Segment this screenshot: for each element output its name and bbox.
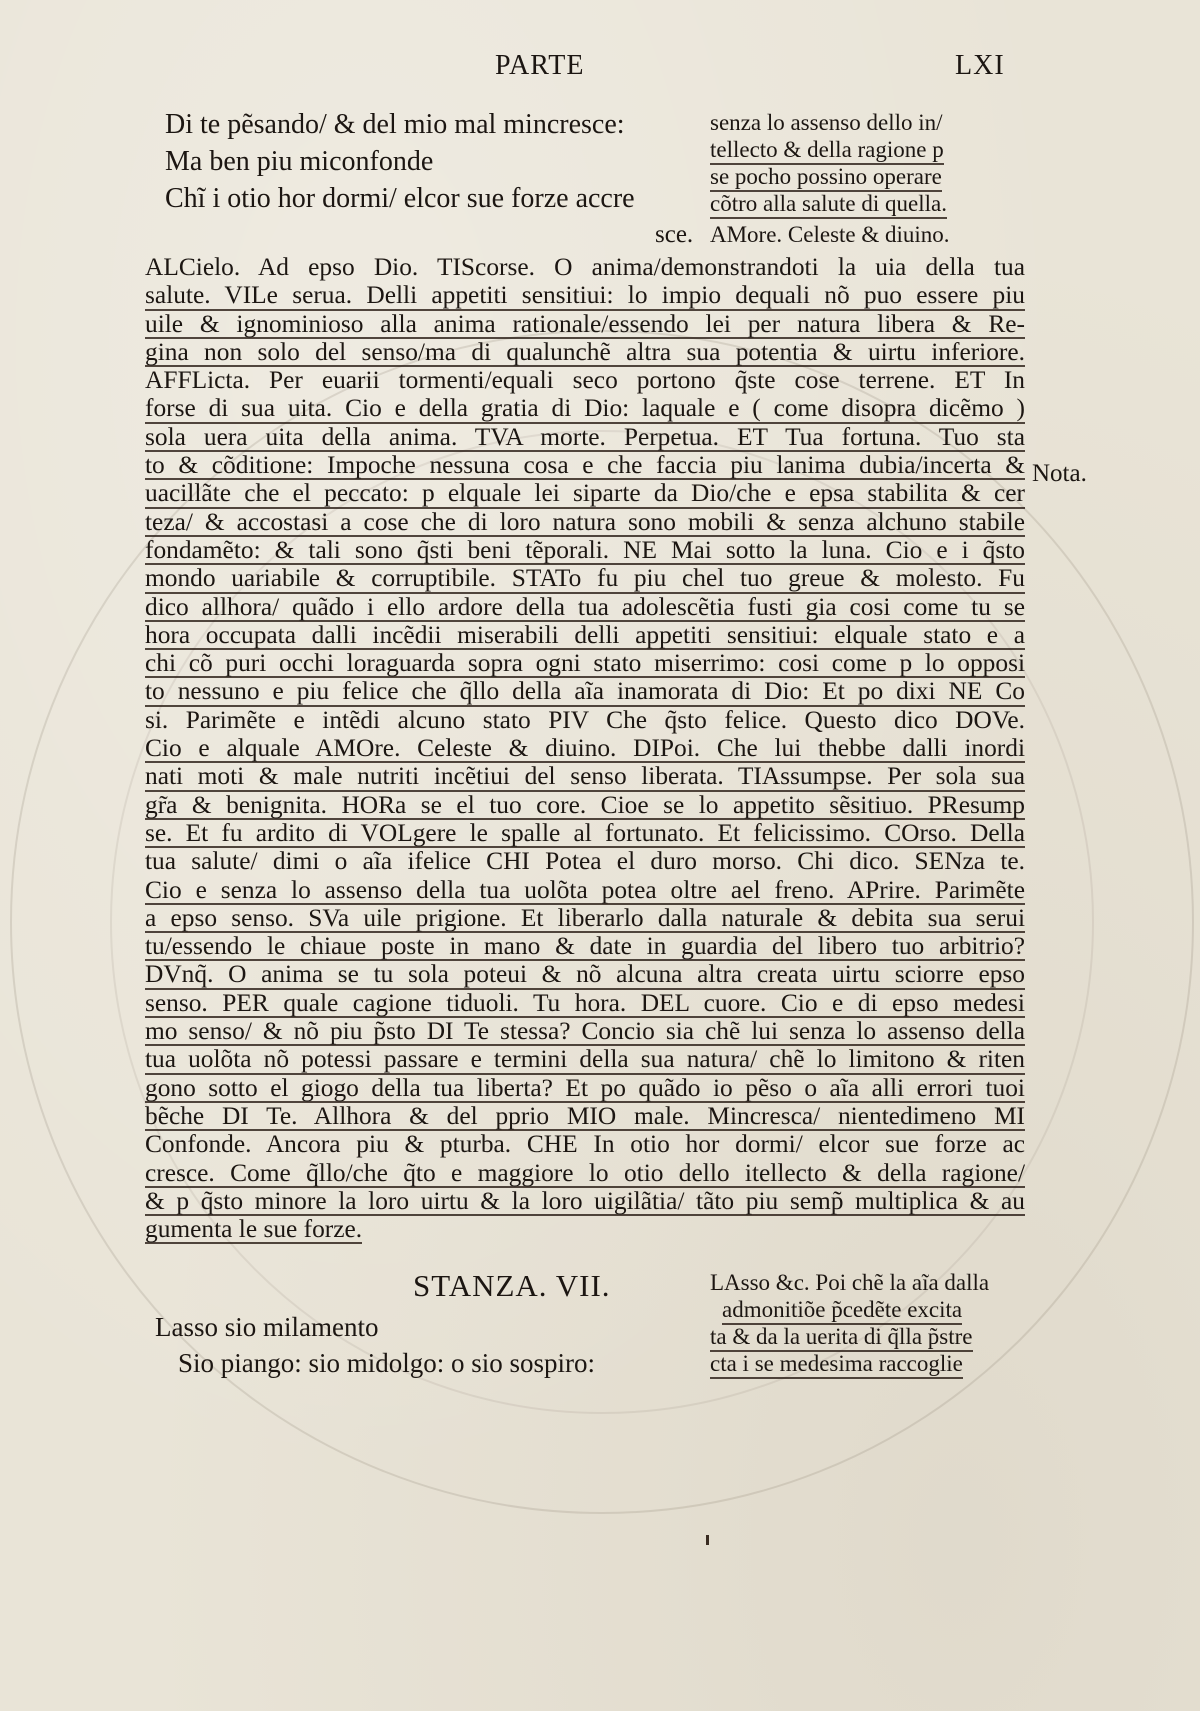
stanza-commentary-line: ta & da la uerita di q̃lla p̃stre <box>710 1324 973 1352</box>
commentary-line: a epso senso. SVa uile prigione. Et libe… <box>145 905 1025 933</box>
commentary-line: gr̃a & benignita. HORa se el tuo core. C… <box>145 792 1025 820</box>
commentary-line: tua uolõta nõ potessi passare e termini … <box>145 1046 1025 1074</box>
marginal-note: Nota. <box>1032 460 1087 488</box>
commentary-line: sola uera uita della anima. TVA morte. P… <box>145 424 1025 452</box>
commentary-line: forse di sua uita. Cio e della gratia di… <box>145 395 1025 423</box>
commentary-line: fondamẽto: & tali sono q̃sti beni tẽpora… <box>145 537 1025 565</box>
verse-line: Chĩ i otio hor dormi/ elcor sue forze ac… <box>165 182 635 216</box>
stanza-commentary-line: admonitiõe p̃cedẽte excita <box>722 1297 962 1325</box>
folio-number: LXI <box>955 50 1005 82</box>
commentary-line: chi cõ puri occhi loraguarda sopra ogni … <box>145 650 1025 678</box>
verse-line: Ma ben piu miconfonde <box>165 145 433 179</box>
commentary-line: se. Et fu ardito di VOLgere le spalle al… <box>145 820 1025 848</box>
commentary-line: se pocho possino operare <box>710 164 942 192</box>
commentary-line: to & cõditione: Impoche nessuna cosa e c… <box>145 452 1025 480</box>
commentary-line: & p q̃sto minore la loro uirtu & la loro… <box>145 1188 1025 1216</box>
commentary-line: Confonde. Ancora piu & pturba. CHE In ot… <box>145 1131 1025 1159</box>
commentary-line: si. Parimẽte e intẽdi alcuno stato PIV C… <box>145 707 1025 735</box>
main-commentary: ALCielo. Ad epso Dio. TIScorse. O anima/… <box>145 254 1025 1244</box>
commentary-line: tua salute/ dimi o aĩa ifelice CHI Potea… <box>145 848 1025 876</box>
stanza-commentary-line: cta i se medesima raccoglie <box>710 1351 963 1379</box>
commentary-line: ALCielo. Ad epso Dio. TIScorse. O anima/… <box>145 254 1025 282</box>
commentary-line: Cio e alquale AMOre. Celeste & diuino. D… <box>145 735 1025 763</box>
verse-line: Di te pẽsando/ & del mio mal mincresce: <box>165 108 625 142</box>
commentary-line: cresce. Come q̃llo/che q̃to e maggiore l… <box>145 1160 1025 1188</box>
commentary-line: senso. PER quale cagione tiduoli. Tu hor… <box>145 990 1025 1018</box>
stanza-verse-line: Sio piango: sio midolgo: o sio sospiro: <box>178 1346 595 1380</box>
commentary-line: to nessuno e piu felice che q̃llo della … <box>145 678 1025 706</box>
commentary-line: mo senso/ & nõ piu p̃sto DI Te stessa? C… <box>145 1018 1025 1046</box>
commentary-line: bẽche DI Te. Allhora & del pprio MIO mal… <box>145 1103 1025 1131</box>
commentary-line: hora occupata dalli incẽdii miserabili d… <box>145 622 1025 650</box>
commentary-line: gina non solo del senso/ma di qualunchẽ … <box>145 339 1025 367</box>
commentary-line: dico allhora/ quãdo i ello ardore della … <box>145 594 1025 622</box>
running-title: PARTE <box>495 50 584 82</box>
commentary-line: uile & ignominioso alla anima rationale/… <box>145 311 1025 339</box>
commentary-line: uacillãte che el peccato: p elquale lei … <box>145 480 1025 508</box>
commentary-line: tu/essendo le chiaue poste in mano & dat… <box>145 933 1025 961</box>
stanza-commentary-line: LAsso &c. Poi chẽ la aĩa dalla <box>710 1270 989 1296</box>
commentary-line: DVnq̃. O anima se tu sola poteui & nõ al… <box>145 961 1025 989</box>
commentary-line: AMore. Celeste & diuino. <box>710 222 950 248</box>
commentary-line: mondo uariabile & corruptibile. STATo fu… <box>145 565 1025 593</box>
commentary-line: AFFLicta. Per euarii tormenti/equali sec… <box>145 367 1025 395</box>
commentary-line: senza lo assenso dello in/ <box>710 110 943 136</box>
commentary-line-last: gumenta le sue forze. <box>145 1216 362 1244</box>
commentary-line: Cio e senza lo assenso della tua uolõta … <box>145 877 1025 905</box>
stanza-title: STANZA. VII. <box>413 1268 611 1304</box>
commentary-line: teza/ & accostasi a cose che di loro nat… <box>145 509 1025 537</box>
commentary-line: nati moti & male nutriti incẽtiui del se… <box>145 763 1025 791</box>
commentary-line: tellecto & della ragione p <box>710 137 944 165</box>
stanza-verse-line: Lasso sio milamento <box>155 1310 378 1344</box>
commentary-line: cõtro alla salute di quella. <box>710 191 947 219</box>
commentary-line: salute. VILe serua. Delli appetiti sensi… <box>145 282 1025 310</box>
ink-mark <box>706 1535 709 1545</box>
verse-line-continuation: sce. <box>655 218 693 252</box>
commentary-line: gono sotto el giogo della tua liberta? E… <box>145 1075 1025 1103</box>
